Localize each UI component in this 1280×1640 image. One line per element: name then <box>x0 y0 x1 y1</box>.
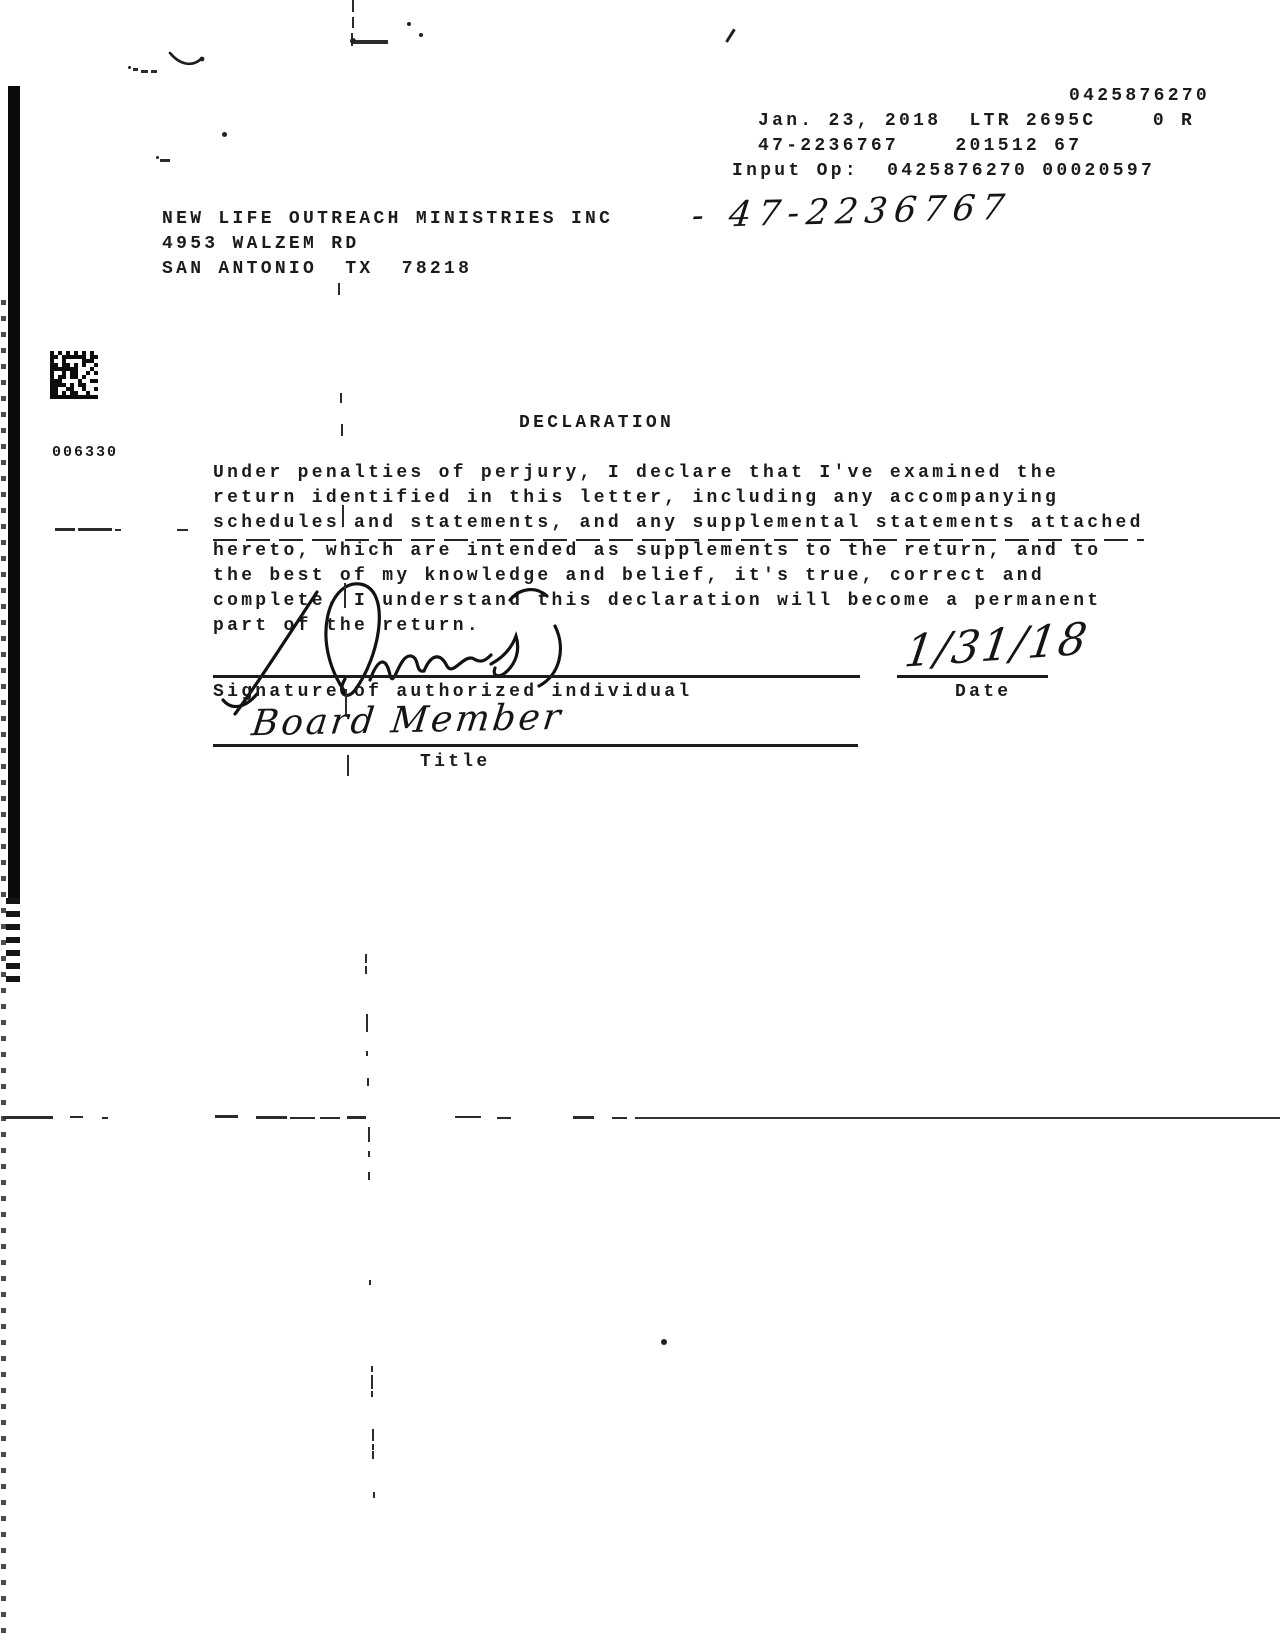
scan-mark <box>372 1444 374 1450</box>
handwritten-tin-annotation: - 47-2236767 <box>690 188 1014 236</box>
scan-mark <box>366 1014 368 1032</box>
scan-mark <box>368 1127 370 1142</box>
scan-mark <box>661 1339 667 1345</box>
scan-mark <box>455 1116 481 1118</box>
scan-mark <box>350 38 356 44</box>
scan-mark <box>352 0 354 12</box>
scan-mark <box>3 1116 53 1119</box>
body-line-underlined: schedules and statements, and any supple… <box>213 513 1144 541</box>
scan-mark <box>369 1280 371 1285</box>
scan-edge-ticks <box>1 300 6 1640</box>
scan-mark <box>371 1366 373 1372</box>
date-label: Date <box>955 682 1011 702</box>
scan-mark <box>341 424 343 436</box>
scan-mark <box>70 1116 83 1118</box>
scan-mark <box>365 954 367 963</box>
recipient-name: NEW LIFE OUTREACH MINISTRIES INC <box>162 209 613 229</box>
scan-mark <box>320 1117 340 1119</box>
scan-mark <box>290 1117 315 1119</box>
scan-mark <box>78 528 112 531</box>
scan-mark <box>151 70 157 73</box>
signature-line <box>213 675 860 678</box>
body-line: return identified in this letter, includ… <box>213 488 1144 513</box>
scan-mark <box>373 1492 375 1498</box>
scan-mark <box>344 583 346 608</box>
scan-mark <box>372 1429 374 1441</box>
scan-mark <box>371 1391 373 1397</box>
scan-mark <box>365 966 367 974</box>
scan-squiggle <box>168 50 208 72</box>
scan-mark <box>368 1151 370 1157</box>
title-label: Title <box>420 752 491 772</box>
scan-mark <box>340 393 342 403</box>
stamp-number: 006330 <box>52 444 118 461</box>
scan-mark <box>102 1117 108 1119</box>
scan-mark <box>612 1117 627 1119</box>
scan-mark <box>156 156 159 159</box>
header-tin-line: 47-2236767 201512 67 <box>758 136 1082 156</box>
header-ref-number: 0425876270 <box>1069 86 1210 106</box>
scan-mark <box>177 529 188 531</box>
scan-edge-bar-fade <box>6 898 20 986</box>
scan-mark <box>725 28 735 42</box>
scan-mark <box>345 689 347 715</box>
scan-mark <box>372 1451 374 1459</box>
scan-mark <box>407 22 411 26</box>
scan-mark <box>347 1116 366 1119</box>
header-input-op: Input Op: 0425876270 00020597 <box>732 161 1155 181</box>
scan-edge-bar <box>8 86 20 900</box>
body-line: hereto, which are intended as supplement… <box>213 541 1144 566</box>
scan-mark <box>160 159 170 162</box>
scan-mark <box>352 17 354 28</box>
scan-mark <box>338 283 340 295</box>
scan-mark <box>497 1117 511 1119</box>
scan-mark <box>573 1116 594 1119</box>
scan-mark <box>256 1116 287 1119</box>
scan-mark <box>354 40 388 44</box>
scanned-document-page: 0425876270 Jan. 23, 2018 LTR 2695C 0 R 4… <box>0 0 1280 1640</box>
scan-mark <box>367 1078 369 1086</box>
scan-mark <box>115 529 121 531</box>
handwritten-title: Board Member <box>250 697 566 745</box>
scan-mark <box>55 528 75 531</box>
scan-mark <box>419 33 423 37</box>
declaration-heading: DECLARATION <box>519 413 674 433</box>
scan-mark <box>222 132 227 137</box>
recipient-city-line: SAN ANTONIO TX 78218 <box>162 259 472 279</box>
scan-mark <box>342 505 344 527</box>
body-line: Under penalties of perjury, I declare th… <box>213 463 1144 488</box>
scan-mark <box>347 755 349 776</box>
scan-mark <box>366 1051 368 1056</box>
scan-mark <box>371 1375 373 1389</box>
scan-mark <box>368 1172 370 1180</box>
scan-mark <box>215 1115 238 1118</box>
scan-mark <box>133 68 138 71</box>
header-date-line: Jan. 23, 2018 LTR 2695C 0 R <box>758 111 1195 131</box>
scan-mark <box>141 70 148 73</box>
recipient-street: 4953 WALZEM RD <box>162 234 359 254</box>
fold-crease-line <box>635 1117 1280 1119</box>
scan-mark <box>128 66 131 69</box>
title-line <box>213 744 858 747</box>
